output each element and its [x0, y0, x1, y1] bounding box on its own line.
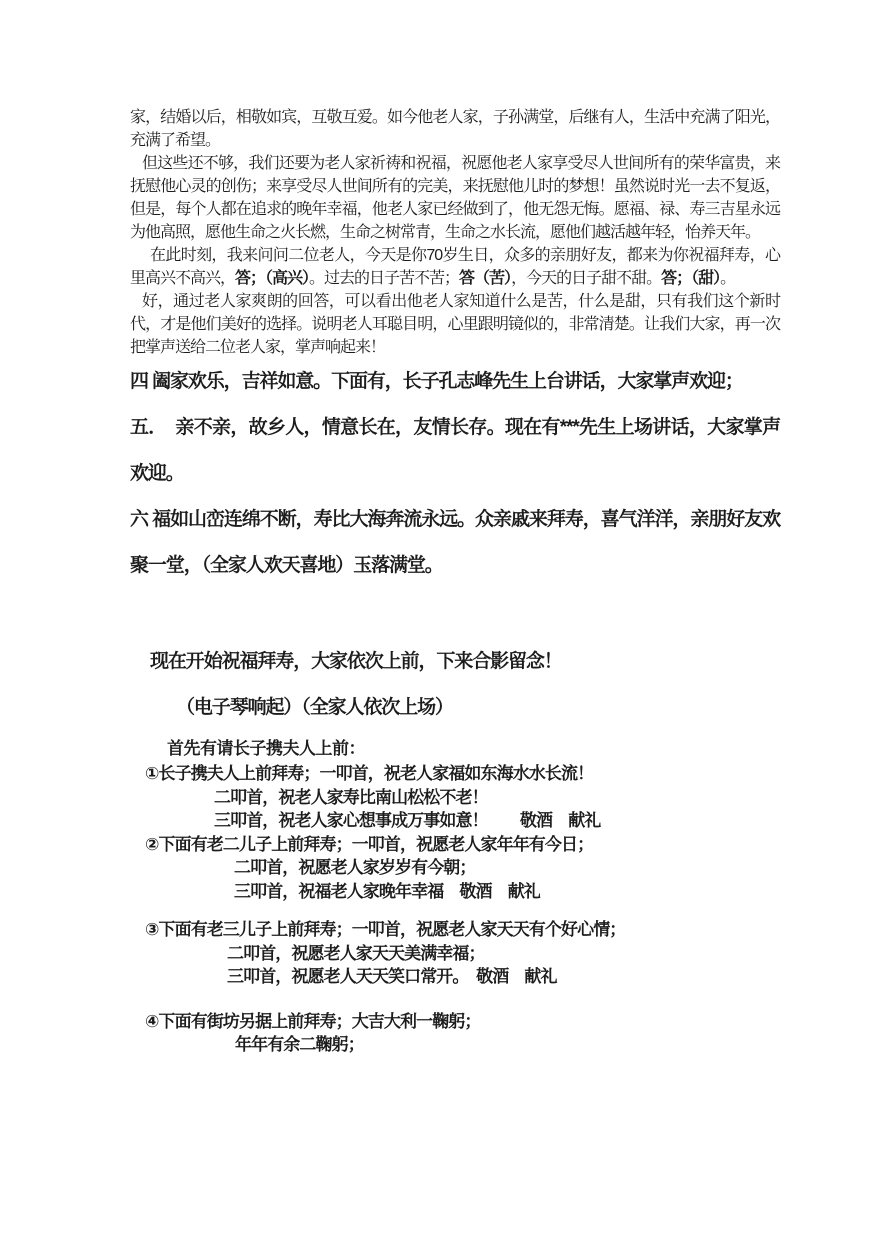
numbered-sections: 四 阖家欢乐，吉祥如意。下面有，长子孔志峰先生上台讲话，大家掌声欢迎； 五． 亲… — [130, 359, 780, 589]
bow-list: ①长子携夫人上前拜寿；一叩首，祝老人家福如东海水水长流！ 二叩首，祝老人家寿比南… — [130, 762, 780, 1057]
qa-text: 。 — [720, 270, 735, 287]
bow-line: ①长子携夫人上前拜寿；一叩首，祝老人家福如东海水水长流！ — [130, 762, 780, 786]
qa-text: ，今天的日子甜不甜。 — [511, 270, 661, 287]
paragraph-question-answer: 在此时刻，我来问问二位老人，今天是你70岁生日，众多的亲朋好友，都来为你祝福拜寿… — [130, 244, 780, 290]
bow-line: ②下面有老二儿子上前拜寿；一叩首，祝愿老人家年年有今日； — [130, 833, 780, 857]
bow-line: 二叩首，祝老人家寿比南山松松不老！ — [130, 786, 780, 810]
bow-line: 年年有余二鞠躬； — [130, 1033, 780, 1057]
bow-line: 三叩首，祝愿老人天天笑口常开。 敬酒 献礼 — [130, 965, 780, 989]
paragraph-applause: 好，通过老人家爽朗的回答，可以看出他老人家知道什么是苦，什么是甜，只有我们这个新… — [130, 290, 780, 359]
bow-item-second-son: ②下面有老二儿子上前拜寿；一叩首，祝愿老人家年年有今日； 二叩首，祝愿老人家岁岁… — [130, 833, 780, 904]
paragraph-family: 家，结婚以后，相敬如宾，互敬互爱。如今他老人家，子孙满堂，后继有人，生活中充满了… — [130, 106, 780, 152]
qa-answer-sweet: 答；（甜） — [661, 270, 720, 287]
bow-item-eldest-son: ①长子携夫人上前拜寿；一叩首，祝老人家福如东海水水长流！ 二叩首，祝老人家寿比南… — [130, 762, 780, 833]
ceremony-intro-line: 首先有请长子携夫人上前： — [130, 736, 780, 762]
bow-line: ③下面有老三儿子上前拜寿；一叩首，祝愿老人家天天有个好心情； — [130, 918, 780, 942]
qa-answer-bitter: 答（苦） — [459, 270, 511, 287]
bow-line: 二叩首，祝愿老人家岁岁有今朝； — [130, 856, 780, 880]
bow-line: 二叩首，祝愿老人家天天美满幸福； — [130, 942, 780, 966]
qa-text: 。过去的日子苦不苦； — [309, 270, 459, 287]
section-four: 四 阖家欢乐，吉祥如意。下面有，长子孔志峰先生上台讲话，大家掌声欢迎； — [130, 359, 780, 405]
ceremony-announcement: 现在开始祝福拜寿，大家依次上前，下来合影留念！ （电子琴响起）（全家人依次上场） — [130, 639, 780, 731]
ceremony-start-line: 现在开始祝福拜寿，大家依次上前，下来合影留念！ — [130, 639, 780, 685]
document-page: 家，结婚以后，相敬如宾，互敬互爱。如今他老人家，子孙满堂，后继有人，生活中充满了… — [0, 0, 884, 1250]
paragraph-blessing: 但这些还不够，我们还要为老人家祈祷和祝福，祝愿他老人家享受尽人世间所有的荣华富贵… — [130, 152, 780, 244]
bow-line: ④下面有街坊另据上前拜寿；大吉大利一鞠躬； — [130, 1010, 780, 1034]
qa-answer-happy: 答；（高兴） — [235, 270, 309, 287]
bow-item-neighbors: ④下面有街坊另据上前拜寿；大吉大利一鞠躬； 年年有余二鞠躬； — [130, 1010, 780, 1057]
bow-line: 三叩首，祝福老人家晚年幸福 敬酒 献礼 — [130, 880, 780, 904]
section-five: 五． 亲不亲，故乡人，情意长在，友情长存。现在有***先生上场讲话，大家掌声欢迎… — [130, 405, 780, 497]
bow-item-third-son: ③下面有老三儿子上前拜寿；一叩首，祝愿老人家天天有个好心情； 二叩首，祝愿老人家… — [130, 918, 780, 989]
speech-body: 家，结婚以后，相敬如宾，互敬互爱。如今他老人家，子孙满堂，后继有人，生活中充满了… — [130, 106, 780, 359]
section-six: 六 福如山峦连绵不断，寿比大海奔流永远。众亲戚来拜寿，喜气洋洋，亲朋好友欢聚一堂… — [130, 497, 780, 589]
ceremony-music-line: （电子琴响起）（全家人依次上场） — [130, 685, 780, 731]
bow-line: 三叩首，祝老人家心想事成万事如意！ 敬酒 献礼 — [130, 809, 780, 833]
